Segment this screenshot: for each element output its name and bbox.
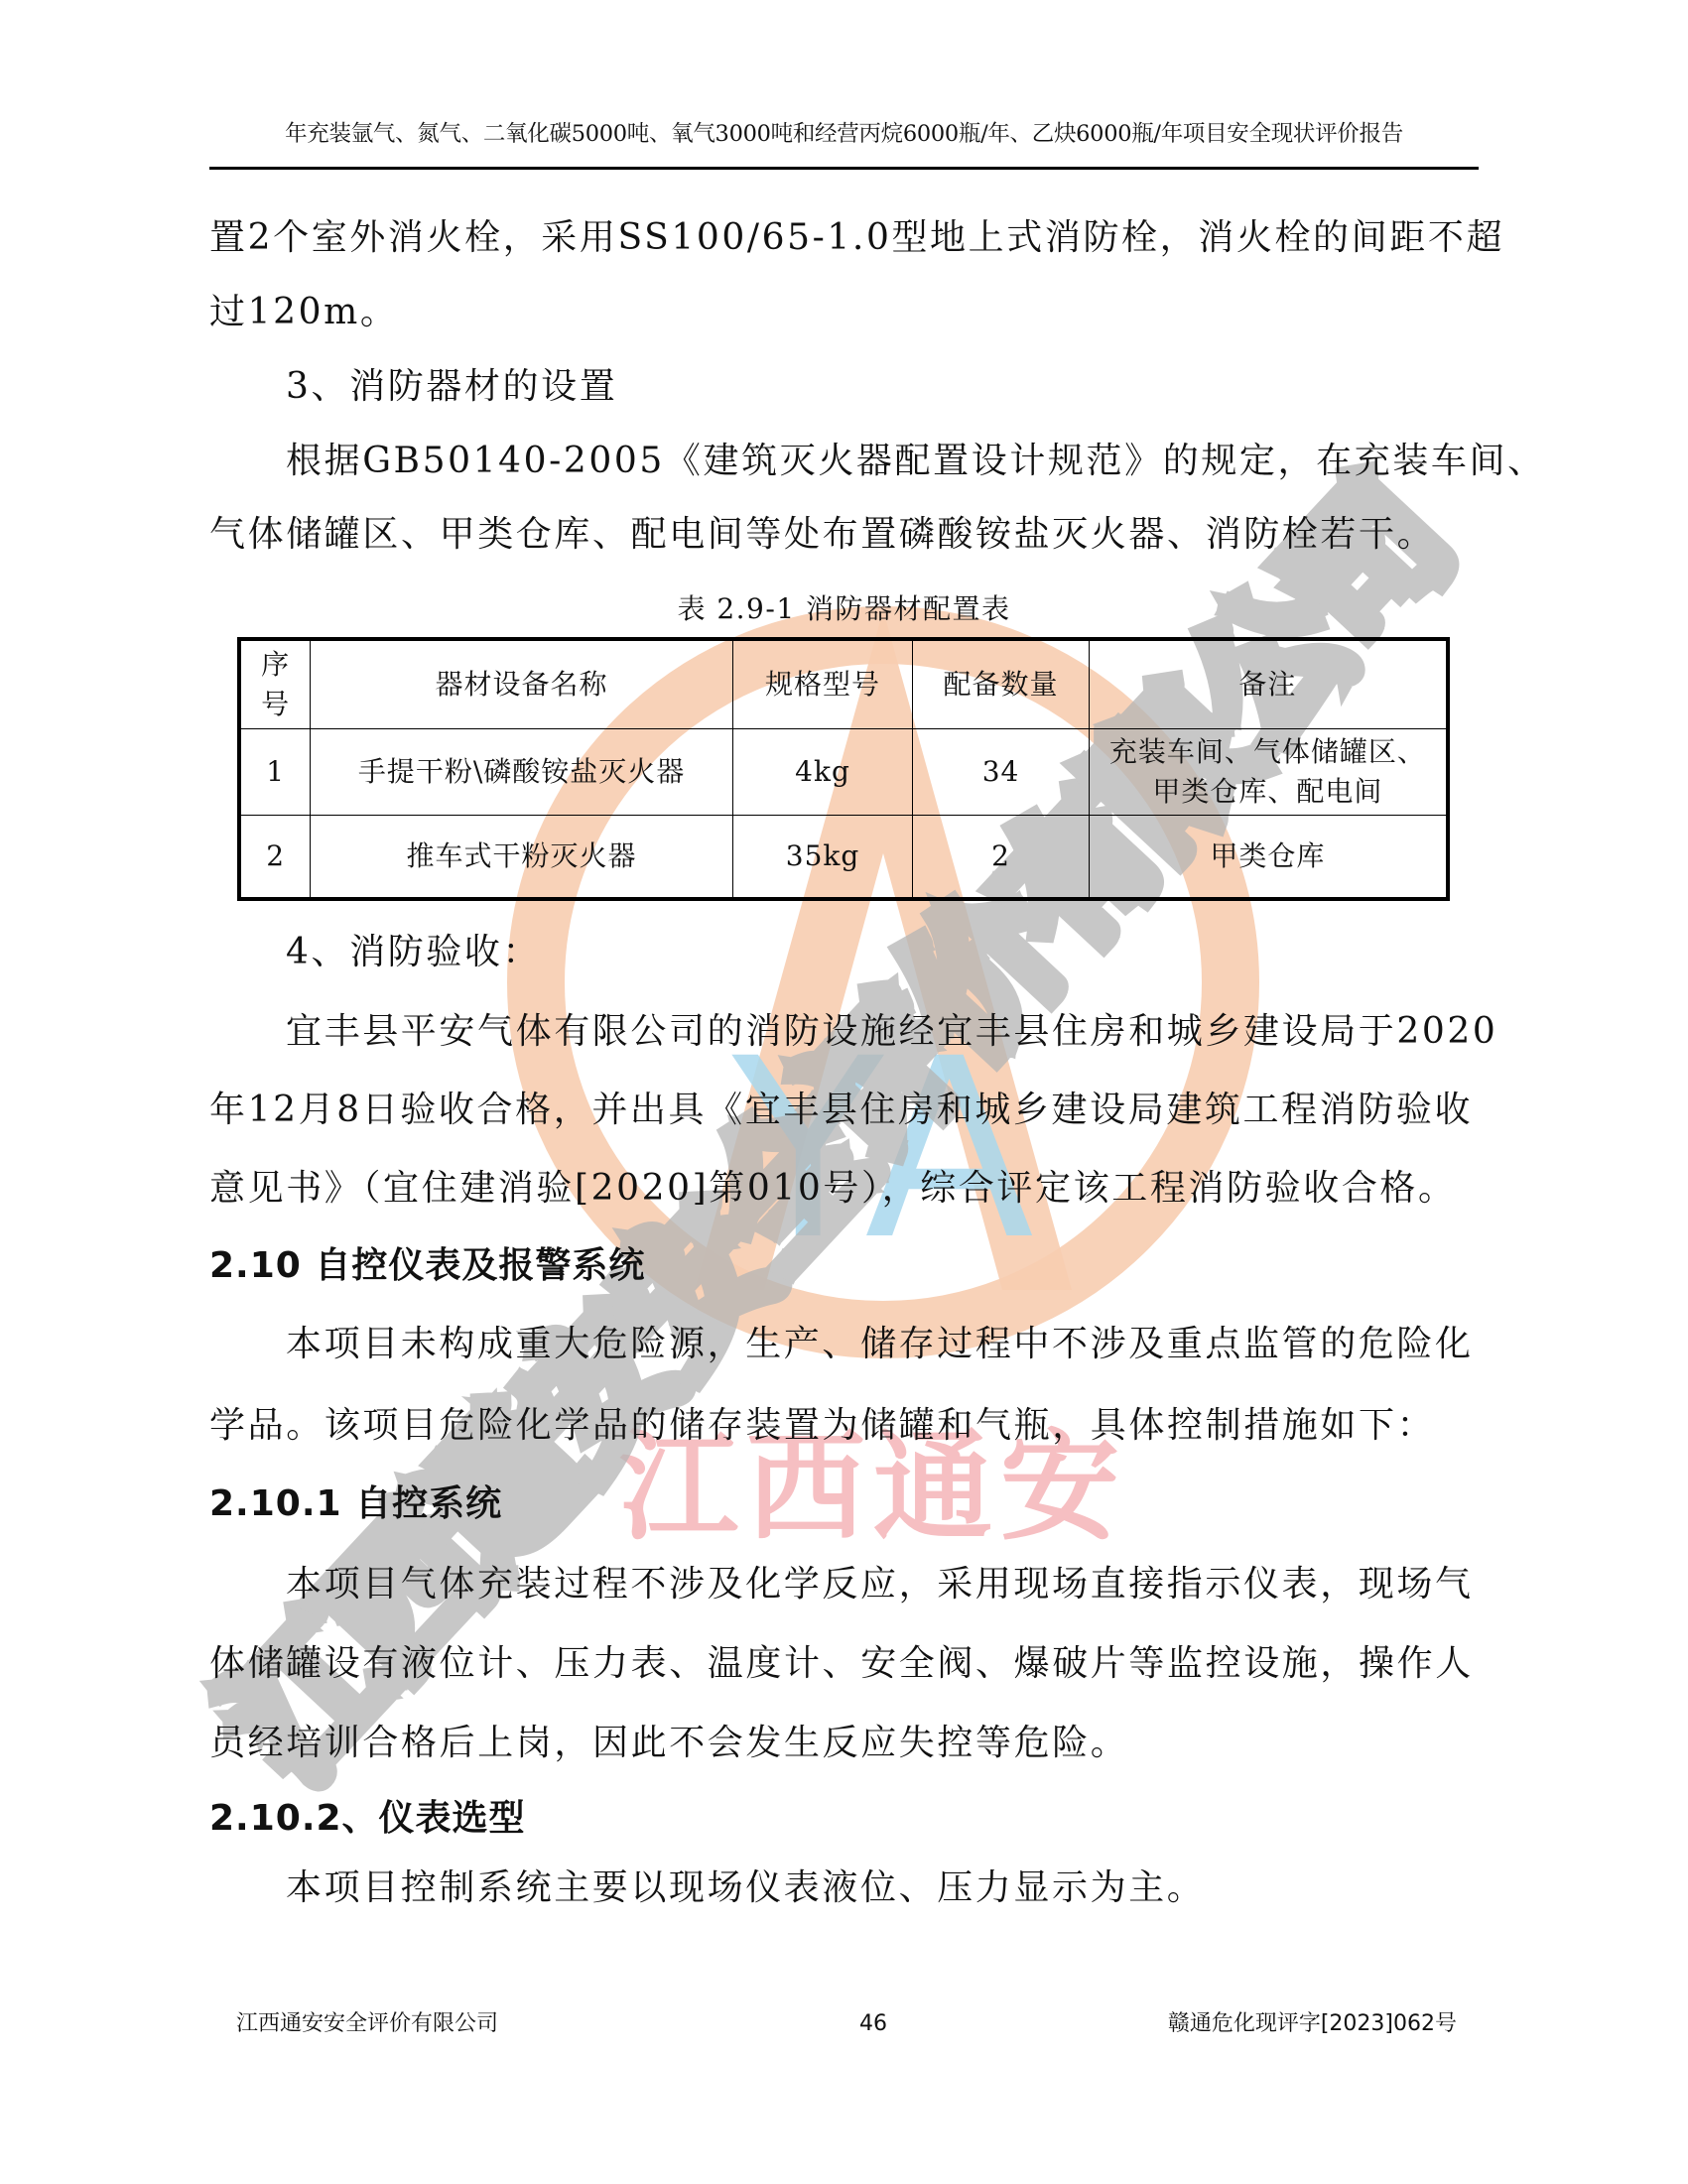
paragraph-line: 体储罐设有液位计、压力表、温度计、安全阀、爆破片等监控设施，操作人: [209, 1642, 1474, 1686]
section-heading-2-10-1: 2.10.1 自控系统: [209, 1482, 502, 1526]
table-row: 1 手提干粉\磷酸铵盐灭火器 4kg 34 充装车间、气体储罐区、 甲类仓库、配…: [239, 728, 1448, 815]
header-seq-line1: 序: [247, 645, 304, 685]
paragraph-line: 气体储罐区、甲类仓库、配电间等处布置磷酸铵盐灭火器、消防栓若干。: [209, 513, 1435, 557]
cell-seq: 1: [239, 728, 311, 815]
header-cell-seq: 序 号: [239, 639, 311, 728]
table-header-row: 序 号 器材设备名称 规格型号 配备数量 备注: [239, 639, 1448, 728]
section-heading-2-10-2: 2.10.2、仪表选型: [209, 1797, 526, 1841]
header-divider: [209, 167, 1479, 170]
item-title-4: 4、消防验收：: [286, 931, 541, 974]
paragraph-line: 根据GB50140-2005《建筑灭火器配置设计规范》的规定，在充装车间、: [286, 440, 1546, 483]
cell-spec: 35kg: [732, 815, 913, 899]
paragraph-line: 学品。该项目危险化学品的储存装置为储罐和气瓶，具体控制措施如下：: [209, 1404, 1435, 1448]
header-cell-name: 器材设备名称: [311, 639, 732, 728]
header-cell-note: 备注: [1089, 639, 1448, 728]
header-seq-line2: 号: [247, 685, 304, 724]
cell-name: 手提干粉\磷酸铵盐灭火器: [311, 728, 732, 815]
paragraph-line: 年12月8日验收合格，并出具《宜丰县住房和城乡建设局建筑工程消防验收: [209, 1089, 1473, 1132]
paragraph-line: 本项目未构成重大危险源，生产、储存过程中不涉及重点监管的危险化: [286, 1323, 1474, 1366]
paragraph-line: 员经培训合格后上岗，因此不会发生反应失控等危险。: [209, 1722, 1128, 1765]
cell-note: 甲类仓库: [1089, 815, 1448, 899]
paragraph-line: 本项目气体充装过程不涉及化学反应，采用现场直接指示仪表，现场气: [286, 1563, 1474, 1606]
paragraph-line: 置2个室外消火栓，采用SS100/65-1.0型地上式消防栓，消火栓的间距不超: [209, 216, 1504, 260]
table-row: 2 推车式干粉灭火器 35kg 2 甲类仓库: [239, 815, 1448, 899]
cell-qty: 34: [913, 728, 1089, 815]
item-title-3: 3、消防器材的设置: [286, 365, 617, 409]
table-caption: 表 2.9-1 消防器材配置表: [209, 589, 1479, 629]
footer-doc-number: 赣通危化现评字[2023]062号: [1141, 2006, 1457, 2042]
fire-equipment-table: 序 号 器材设备名称 规格型号 配备数量 备注 1 手提干粉\磷酸铵盐灭火器 4…: [237, 637, 1450, 901]
cell-note-line1: 充装车间、气体储罐区、: [1096, 732, 1440, 772]
section-heading-2-10: 2.10 自控仪表及报警系统: [209, 1244, 645, 1288]
header-cell-qty: 配备数量: [913, 639, 1089, 728]
paragraph-line: 意见书》（宜住建消验[2020]第010号），综合评定该工程消防验收合格。: [209, 1167, 1457, 1211]
cell-note-line2: 甲类仓库、配电间: [1096, 772, 1440, 812]
page-number: 46: [844, 2006, 903, 2042]
paragraph-line: 过120m。: [209, 291, 398, 334]
cell-spec: 4kg: [732, 728, 913, 815]
header-cell-spec: 规格型号: [732, 639, 913, 728]
document-header-title: 年充装氩气、氮气、二氧化碳5000吨、氧气3000吨和经营丙烷6000瓶/年、乙…: [209, 117, 1479, 151]
paragraph-line: 宜丰县平安气体有限公司的消防设施经宜丰县住房和城乡建设局于2020: [286, 1010, 1497, 1054]
cell-name: 推车式干粉灭火器: [311, 815, 732, 899]
cell-note: 充装车间、气体储罐区、 甲类仓库、配电间: [1089, 728, 1448, 815]
cell-qty: 2: [913, 815, 1089, 899]
cell-seq: 2: [239, 815, 311, 899]
paragraph-line: 本项目控制系统主要以现场仪表液位、压力显示为主。: [286, 1866, 1205, 1910]
footer-company: 江西通安安全评价有限公司: [236, 2006, 498, 2042]
